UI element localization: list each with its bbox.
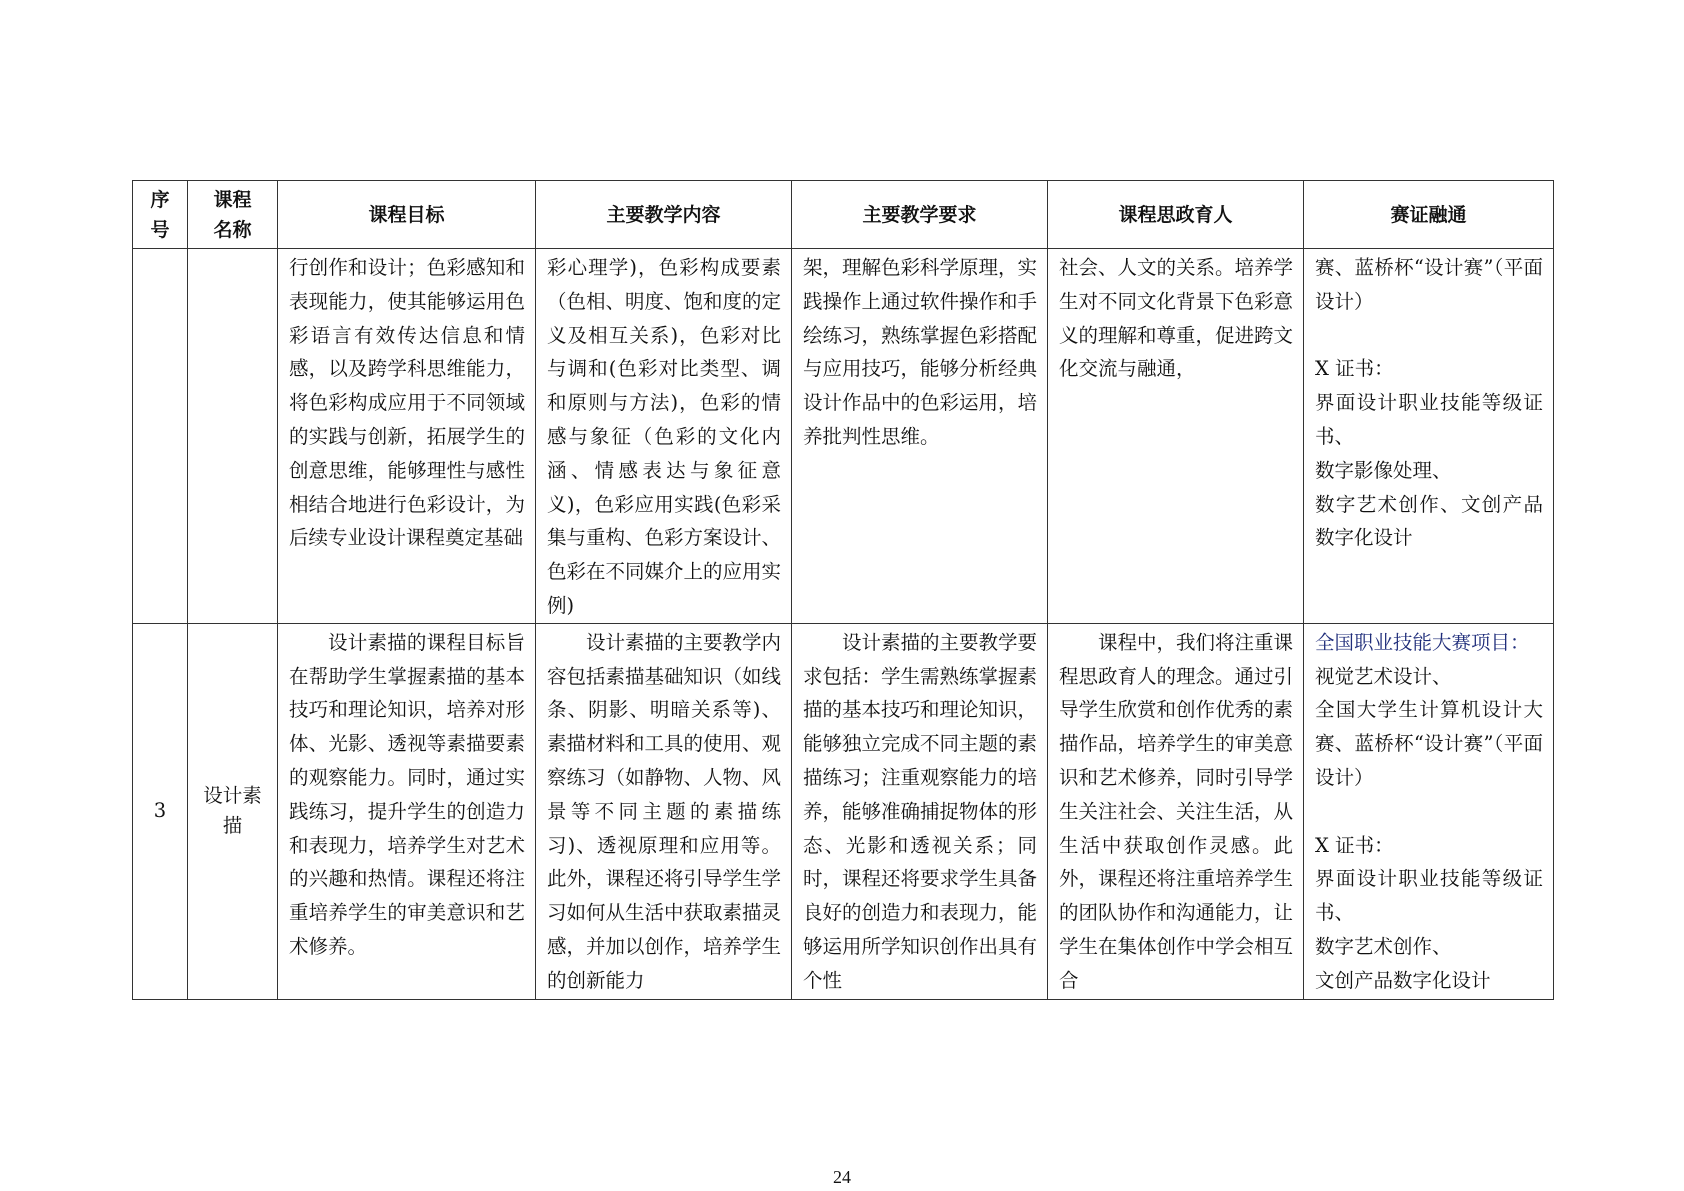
row-index [133, 249, 188, 624]
row-goal: 行创作和设计；色彩感知和表现能力，使其能够运用色彩语言有效传达信息和情感，以及跨… [278, 249, 536, 624]
row-competition: 全国职业技能大赛项目： 视觉艺术设计、 全国大学生计算机设计大赛、蓝桥杯“设计赛… [1304, 623, 1554, 999]
row-requirements: 设计素描的主要教学要求包括：学生需熟练掌握素描的基本技巧和理论知识，能够独立完成… [792, 623, 1048, 999]
row-content: 彩心理学)，色彩构成要素（色相、明度、饱和度的定义及相互关系)，色彩对比与调和(… [536, 249, 792, 624]
row-competition: 赛、蓝桥杯“设计赛”（平面设计） X 证书： 界面设计职业技能等级证书、 数字影… [1304, 249, 1554, 624]
course-table: 序 号 课程 名称 课程目标 主要教学内容 主要教学要求 课程思政育人 赛证融通… [132, 180, 1554, 1000]
table-row: 行创作和设计；色彩感知和表现能力，使其能够运用色彩语言有效传达信息和情感，以及跨… [133, 249, 1554, 624]
header-ideology: 课程思政育人 [1048, 181, 1304, 249]
row-requirements: 架，理解色彩科学原理，实践操作上通过软件操作和手绘练习，熟练掌握色彩搭配与应用技… [792, 249, 1048, 624]
table-row: 3 设计素描 设计素描的课程目标旨在帮助学生掌握素描的基本技巧和理论知识，培养对… [133, 623, 1554, 999]
header-content: 主要教学内容 [536, 181, 792, 249]
competition-list: 视觉艺术设计、 全国大学生计算机设计大赛、蓝桥杯“设计赛”（平面设计） X 证书… [1315, 665, 1543, 992]
row-course-name: 设计素描 [188, 623, 278, 999]
row-ideology: 课程中，我们将注重课程思政育人的理念。通过引导学生欣赏和创作优秀的素描作品，培养… [1048, 623, 1304, 999]
row-course-name [188, 249, 278, 624]
header-requirements: 主要教学要求 [792, 181, 1048, 249]
row-ideology: 社会、人文的关系。培养学生对不同文化背景下色彩意义的理解和尊重，促进跨文化交流与… [1048, 249, 1304, 624]
header-course-name: 课程 名称 [188, 181, 278, 249]
header-competition: 赛证融通 [1304, 181, 1554, 249]
header-index: 序 号 [133, 181, 188, 249]
row-index: 3 [133, 623, 188, 999]
row-content: 设计素描的主要教学内容包括素描基础知识（如线条、阴影、明暗关系等)、素描材料和工… [536, 623, 792, 999]
table-header-row: 序 号 课程 名称 课程目标 主要教学内容 主要教学要求 课程思政育人 赛证融通 [133, 181, 1554, 249]
page-number: 24 [0, 1167, 1684, 1188]
competition-link[interactable]: 全国职业技能大赛项目： [1315, 631, 1530, 654]
row-goal: 设计素描的课程目标旨在帮助学生掌握素描的基本技巧和理论知识，培养对形体、光影、透… [278, 623, 536, 999]
header-goal: 课程目标 [278, 181, 536, 249]
